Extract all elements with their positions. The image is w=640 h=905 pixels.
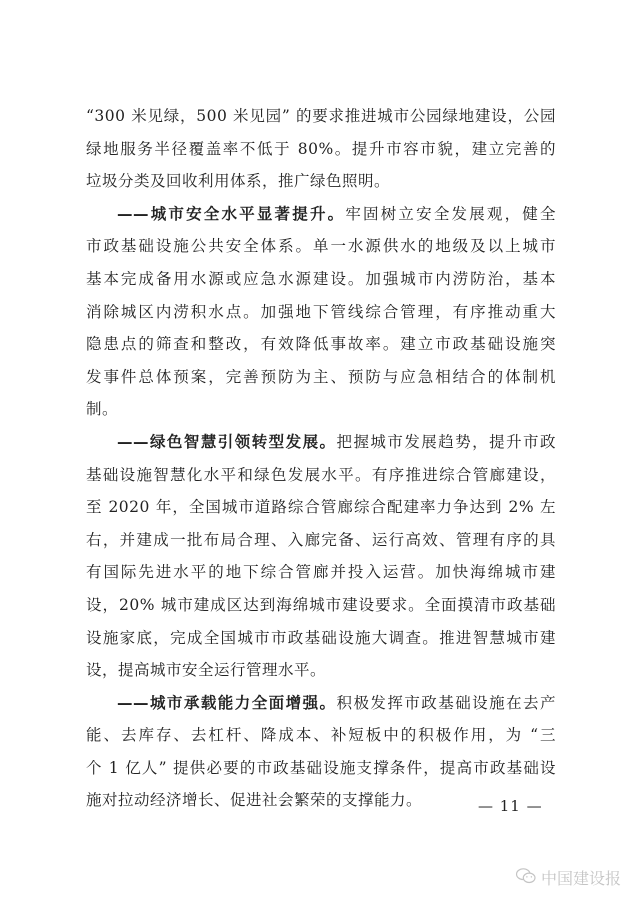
section-heading: ——城市安全水平显著提升。 xyxy=(117,205,345,223)
text-line: ——城市安全水平显著提升。牢固树立安全发展观，健全 xyxy=(86,198,556,231)
watermark-text: 中国建设报 xyxy=(541,866,621,889)
text-line: 设施家底，完成全国城市市政基础设施大调查。推进智慧城市建 xyxy=(86,622,556,655)
text-line: 右，并建成一批布局合理、入廊完备、运行高效、管理有序的具 xyxy=(86,524,556,557)
text-line: 制。 xyxy=(86,393,556,426)
text-line: 基本完成备用水源或应急水源建设。加强城市内涝防治，基本 xyxy=(86,263,556,296)
text-line: 消除城区内涝积水点。加强地下管线综合管理，有序推动重大 xyxy=(86,296,556,329)
text-line: 绿地服务半径覆盖率不低于 80%。提升市容市貌，建立完善的 xyxy=(86,133,556,166)
paragraph-3: ——绿色智慧引领转型发展。把握城市发展趋势，提升市政 基础设施智慧化水平和绿色发… xyxy=(86,426,556,687)
paragraph-2: ——城市安全水平显著提升。牢固树立安全发展观，健全 市政基础设施公共安全体系。单… xyxy=(86,198,556,426)
text-span: 把握城市发展趋势，提升市政 xyxy=(337,433,557,451)
text-line: ——城市承载能力全面增强。积极发挥市政基础设施在去产 xyxy=(86,687,556,720)
paragraph-1: “300 米见绿，500 米见园” 的要求推进城市公园绿地建设，公园 绿地服务半… xyxy=(86,100,556,198)
text-line: ——绿色智慧引领转型发展。把握城市发展趋势，提升市政 xyxy=(86,426,556,459)
document-page: “300 米见绿，500 米见园” 的要求推进城市公园绿地建设，公园 绿地服务半… xyxy=(86,100,556,817)
page-number: — 11 — xyxy=(478,797,543,815)
watermark: 中国建设报 xyxy=(515,866,621,889)
text-line: 能、去库存、去杠杆、降成本、补短板中的积极作用，为 “三 xyxy=(86,719,556,752)
text-line: 基础设施智慧化水平和绿色发展水平。有序推进综合管廊建设， xyxy=(86,459,556,492)
text-span: 牢固树立安全发展观，健全 xyxy=(345,205,556,223)
text-line: 至 2020 年，全国城市道路综合管廊综合配建率力争达到 2% 左 xyxy=(86,491,556,524)
text-line: 有国际先进水平的地下综合管廊并投入运营。加快海绵城市建 xyxy=(86,556,556,589)
section-heading: ——城市承载能力全面增强。 xyxy=(117,694,337,712)
text-line: 设，20% 城市建成区达到海绵城市建设要求。全面摸清市政基础 xyxy=(86,589,556,622)
wechat-icon xyxy=(515,867,537,889)
text-span: 积极发挥市政基础设施在去产 xyxy=(337,694,557,712)
text-line: 个 1 亿人” 提供必要的市政基础设施支撑条件，提高市政基础设 xyxy=(86,752,556,785)
section-heading: ——绿色智慧引领转型发展。 xyxy=(117,433,337,451)
text-line: “300 米见绿，500 米见园” 的要求推进城市公园绿地建设，公园 xyxy=(86,100,556,133)
text-line: 隐患点的筛查和整改，有效降低事故率。建立市政基础设施突 xyxy=(86,328,556,361)
text-line: 市政基础设施公共安全体系。单一水源供水的地级及以上城市 xyxy=(86,230,556,263)
text-line: 设，提高城市安全运行管理水平。 xyxy=(86,654,556,687)
text-line: 发事件总体预案，完善预防为主、预防与应急相结合的体制机 xyxy=(86,361,556,394)
text-line: 垃圾分类及回收利用体系，推广绿色照明。 xyxy=(86,165,556,198)
